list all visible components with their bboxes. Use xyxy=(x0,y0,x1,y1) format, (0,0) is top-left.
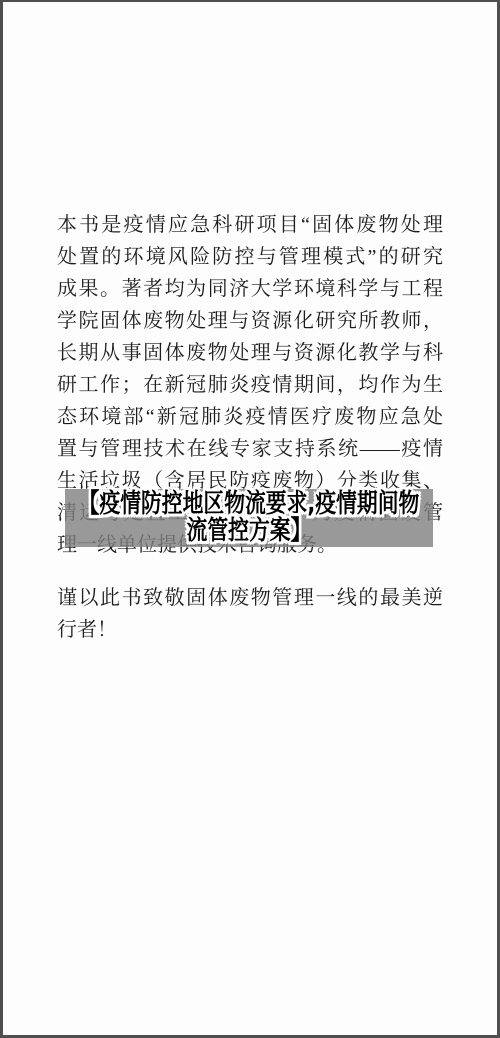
body-text-line: 研工作；在新冠肺炎疫情期间，均作为生 xyxy=(57,369,443,401)
paragraph-2: 谨以此书致敬固体废物管理一线的最美逆 行者！ xyxy=(57,582,443,646)
body-text-line: 态环境部“新冠肺炎疫情医疗废物应急处 xyxy=(57,401,443,433)
body-text-line: 行者！ xyxy=(57,614,443,646)
body-text-line: 长期从事固体废物处理与资源化教学与科 xyxy=(57,337,443,369)
body-text-line: 处置的环境风险防控与管理模式”的研究 xyxy=(57,241,443,273)
preface-text-block: 本书是疫情应急科研项目“固体废物处理 处置的环境风险防控与管理模式”的研究 成果… xyxy=(57,209,443,646)
watermark-overlay: 【疫情防控地区物流要求,疫情期间物 流管控方案】 xyxy=(65,489,433,547)
body-text-line: 学院固体废物处理与资源化研究所教师， xyxy=(57,305,443,337)
body-text-line: 置与管理技术在线专家支持系统——疫情 xyxy=(57,433,443,465)
body-text-line: 谨以此书致敬固体废物管理一线的最美逆 xyxy=(57,582,443,614)
body-text-line: 本书是疫情应急科研项目“固体废物处理 xyxy=(57,209,443,241)
watermark-text: 【疫情防控地区物流要求,疫情期间物 流管控方案】 xyxy=(79,491,420,545)
scanned-book-page: 本书是疫情应急科研项目“固体废物处理 处置的环境风险防控与管理模式”的研究 成果… xyxy=(0,0,500,1038)
watermark-text-line2: 流管控方案】 xyxy=(79,518,420,545)
watermark-text-line1: 【疫情防控地区物流要求,疫情期间物 xyxy=(79,491,420,518)
body-text-line: 成果。著者均为同济大学环境科学与工程 xyxy=(57,273,443,305)
